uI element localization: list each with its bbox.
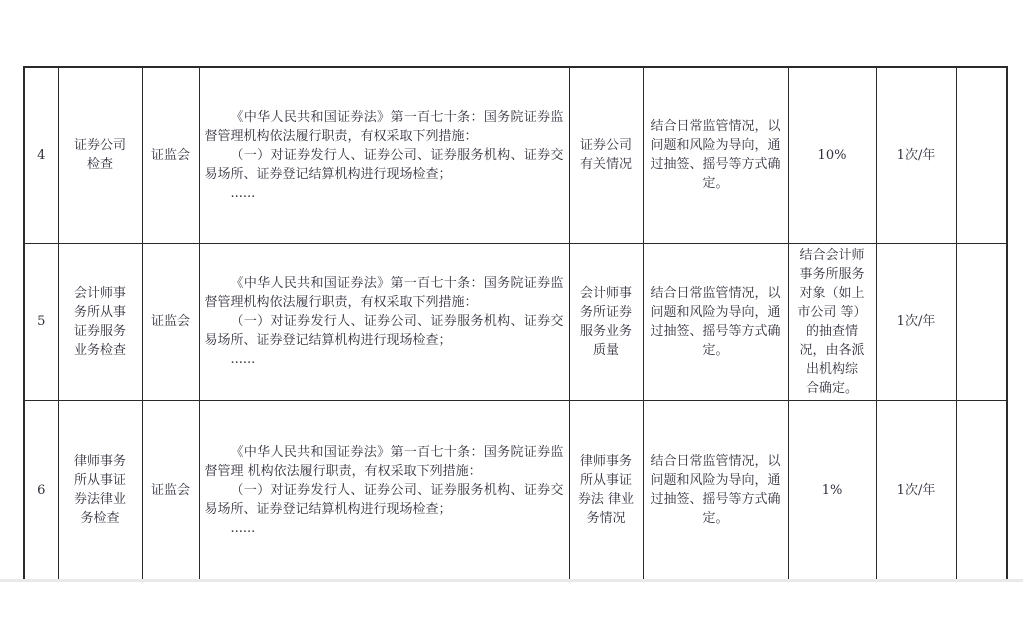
basis-paragraph: ...... [205, 519, 564, 538]
legal-basis-cell: 《中华人民共和国证券法》第一百七十条：国务院证券监督管理机构依法履行职责，有权采… [199, 243, 569, 400]
remark-cell [956, 67, 1007, 243]
inspection-items-table: 4 证券公司 检查 证监会 《中华人民共和国证券法》第一百七十条：国务院证券监督… [23, 66, 1008, 582]
basis-paragraph: ...... [205, 350, 564, 369]
selection-method-cell: 结合日常监管情况，以 问题和风险为导向，通 过抽签、摇号等方式确 定。 [643, 67, 788, 243]
basis-paragraph: 《中华人民共和国证券法》第一百七十条：国务院证券监督管理机构依法履行职责，有权采… [205, 274, 564, 312]
table-row: 6 律师事务 所从事证 券法律业 务检查 证监会 《中华人民共和国证券法》第一百… [24, 400, 1007, 581]
item-name-cell: 证券公司 检查 [58, 67, 142, 243]
remark-cell [956, 243, 1007, 400]
row-number-cell: 6 [24, 400, 58, 581]
table-row: 5 会计师事 务所从事 证券服务 业务检查 证监会 《中华人民共和国证券法》第一… [24, 243, 1007, 400]
frequency-cell: 1次/年 [876, 243, 956, 400]
inspection-content-cell: 律师事务 所从事证 券法 律业 务情况 [569, 400, 643, 581]
row-number-cell: 4 [24, 67, 58, 243]
remark-cell [956, 400, 1007, 581]
legal-basis-cell: 《中华人民共和国证券法》第一百七十条：国务院证券监督管理 机构依法履行职责，有权… [199, 400, 569, 581]
item-name-cell: 会计师事 务所从事 证券服务 业务检查 [58, 243, 142, 400]
document-page: 4 证券公司 检查 证监会 《中华人民共和国证券法》第一百七十条：国务院证券监督… [0, 0, 1023, 625]
ratio-cell: 10% [788, 67, 876, 243]
basis-paragraph: （一）对证券发行人、证券公司、证券服务机构、证券交易场所、证券登记结算机构进行现… [205, 146, 564, 184]
legal-basis-cell: 《中华人民共和国证券法》第一百七十条：国务院证券监督管理机构依法履行职责，有权采… [199, 67, 569, 243]
selection-method-cell: 结合日常监管情况，以 问题和风险为导向，通 过抽签、摇号等方式确 定。 [643, 243, 788, 400]
inspection-content-cell: 证券公司 有关情况 [569, 67, 643, 243]
ratio-cell: 1% [788, 400, 876, 581]
basis-paragraph: （一）对证券发行人、证券公司、证券服务机构、证券交易场所、证券登记结算机构进行现… [205, 312, 564, 350]
basis-paragraph: 《中华人民共和国证券法》第一百七十条：国务院证券监督管理机构依法履行职责，有权采… [205, 108, 564, 146]
frequency-cell: 1次/年 [876, 400, 956, 581]
item-name-cell: 律师事务 所从事证 券法律业 务检查 [58, 400, 142, 581]
table-row: 4 证券公司 检查 证监会 《中华人民共和国证券法》第一百七十条：国务院证券监督… [24, 67, 1007, 243]
basis-paragraph: （一）对证券发行人、证券公司、证券服务机构、证券交易场所、证券登记结算机构进行现… [205, 481, 564, 519]
agency-cell: 证监会 [142, 67, 199, 243]
agency-cell: 证监会 [142, 243, 199, 400]
page-edge-shadow [0, 579, 1023, 582]
selection-method-cell: 结合日常监管情况，以 问题和风险为导向，通 过抽签、摇号等方式确 定。 [643, 400, 788, 581]
ratio-cell: 结合会计师 事务所服务 对象（如上 市公司 等） 的抽查情 况，由各派 出机构综… [788, 243, 876, 400]
basis-paragraph: 《中华人民共和国证券法》第一百七十条：国务院证券监督管理 机构依法履行职责，有权… [205, 443, 564, 481]
row-number-cell: 5 [24, 243, 58, 400]
agency-cell: 证监会 [142, 400, 199, 581]
basis-paragraph: ...... [205, 184, 564, 203]
frequency-cell: 1次/年 [876, 67, 956, 243]
inspection-content-cell: 会计师事 务所证券 服务业务 质量 [569, 243, 643, 400]
